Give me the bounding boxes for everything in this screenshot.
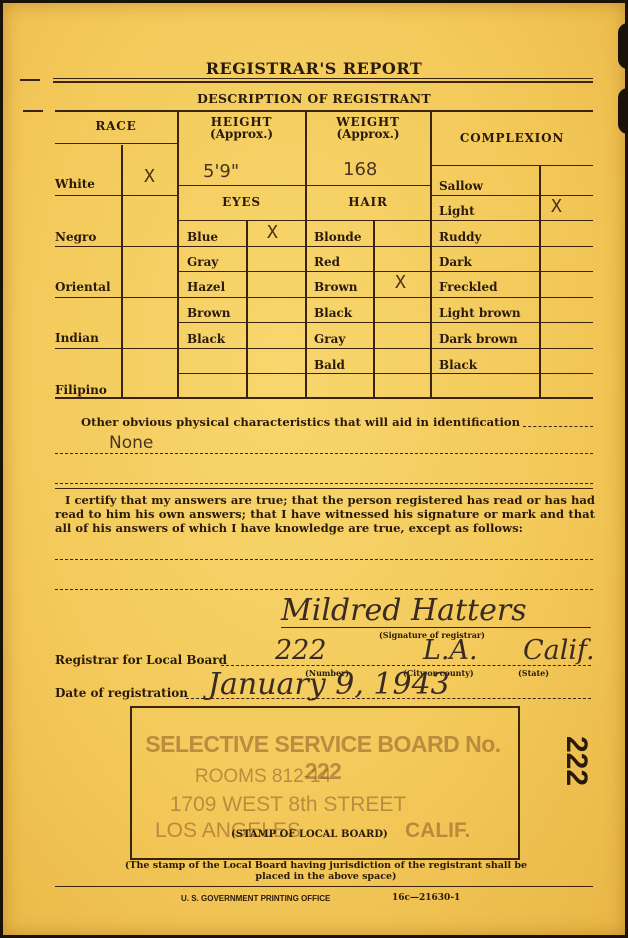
grid-line xyxy=(55,246,177,247)
grid-line xyxy=(121,145,123,398)
local-board-state: Calif. xyxy=(523,635,595,666)
hair-header: HAIR xyxy=(306,196,430,209)
race-header: RACE xyxy=(55,120,177,133)
grid-line xyxy=(431,348,593,349)
stamp-line-2: ROOMS 812-14 xyxy=(133,766,393,788)
side-board-number: 222 xyxy=(559,736,593,786)
grid-line xyxy=(431,165,593,166)
complexion-option-light-brown: Light brown xyxy=(439,306,521,320)
registrar-report-card: REGISTRAR'S REPORT DESCRIPTION OF REGIST… xyxy=(3,3,625,935)
grid-line xyxy=(539,165,541,398)
table-bottom-rule xyxy=(55,397,593,399)
grid-line xyxy=(431,195,593,196)
grid-line xyxy=(305,111,307,398)
complexion-option-dark-brown: Dark brown xyxy=(439,332,518,346)
title-rule xyxy=(53,81,593,83)
hair-option-brown: Brown xyxy=(314,280,358,294)
grid-line xyxy=(431,297,593,298)
grid-line xyxy=(431,220,593,221)
eyes-header: EYES xyxy=(178,196,305,209)
weight-subheader: (Approx.) xyxy=(306,128,430,141)
grid-line xyxy=(123,195,177,196)
hair-option-black: Black xyxy=(314,306,352,320)
section-rule xyxy=(55,488,593,489)
complexion-option-ruddy: Ruddy xyxy=(439,230,481,244)
stamp-caption: (STAMP OF LOCAL BOARD) xyxy=(231,829,388,840)
race-option-indian: Indian xyxy=(55,331,99,345)
race-option-oriental: Oriental xyxy=(55,280,111,294)
stamp-line-3: 1709 WEST 8th STREET xyxy=(133,793,443,817)
stamp-line-4-state: CALIF. xyxy=(405,819,470,843)
title-rule xyxy=(53,78,593,79)
document-subtitle: DESCRIPTION OF REGISTRANT xyxy=(3,91,625,106)
footer-rule xyxy=(55,886,593,887)
weight-value: 168 xyxy=(343,159,377,180)
local-board-number: 222 xyxy=(275,635,327,666)
grid-line xyxy=(246,221,248,398)
complexion-header: COMPLEXION xyxy=(431,132,593,145)
complexion-option-freckled: Freckled xyxy=(439,280,497,294)
other-characteristics-label: Other obvious physical characteristics t… xyxy=(81,415,520,429)
eyes-option-gray: Gray xyxy=(187,255,218,269)
height-value: 5'9" xyxy=(203,161,239,182)
grid-line xyxy=(177,111,179,398)
eyes-option-brown: Brown xyxy=(187,306,231,320)
registrar-signature: Mildred Hatters xyxy=(281,593,527,628)
dotted-line xyxy=(55,453,593,454)
dotted-line xyxy=(523,426,593,427)
registration-date-label: Date of registration xyxy=(55,686,188,700)
hair-mark: X xyxy=(395,272,406,293)
hair-option-gray: Gray xyxy=(314,332,345,346)
grid-line xyxy=(373,221,375,398)
dotted-line xyxy=(55,589,593,590)
hair-option-bald: Bald xyxy=(314,358,345,372)
grid-line xyxy=(431,271,593,272)
complexion-mark: X xyxy=(551,196,562,217)
grid-line xyxy=(178,322,430,323)
margin-dash xyxy=(23,110,43,112)
complexion-option-light: Light xyxy=(439,204,475,218)
printer-credit: U. S. GOVERNMENT PRINTING OFFICE xyxy=(181,894,330,903)
document-title: REGISTRAR'S REPORT xyxy=(3,59,625,78)
dotted-line xyxy=(55,483,593,484)
local-board-label: Registrar for Local Board xyxy=(55,653,227,667)
margin-dash xyxy=(20,79,40,81)
race-mark: X xyxy=(144,166,155,187)
race-option-negro: Negro xyxy=(55,230,96,244)
race-option-filipino: Filipino xyxy=(55,383,107,397)
grid-line xyxy=(178,348,430,349)
grid-line xyxy=(431,373,593,374)
complexion-option-black: Black xyxy=(439,358,477,372)
grid-line xyxy=(178,220,430,221)
eyes-option-blue: Blue xyxy=(187,230,218,244)
grid-line xyxy=(178,246,430,247)
certification-text: I certify that my answers are true; that… xyxy=(55,493,595,535)
local-board-city: L.A. xyxy=(423,635,478,666)
hair-option-blonde: Blonde xyxy=(314,230,361,244)
other-characteristics-value: None xyxy=(109,433,153,453)
complexion-option-dark: Dark xyxy=(439,255,472,269)
grid-line xyxy=(55,348,177,349)
grid-line xyxy=(178,185,430,186)
hair-option-red: Red xyxy=(314,255,340,269)
stamp-instruction-note: (The stamp of the Local Board having jur… xyxy=(121,860,531,882)
grid-line xyxy=(55,143,177,144)
eyes-option-hazel: Hazel xyxy=(187,280,225,294)
grid-line xyxy=(178,373,430,374)
eyes-option-black: Black xyxy=(187,332,225,346)
subtitle-rule xyxy=(55,110,593,112)
state-caption: (State) xyxy=(518,668,549,678)
grid-line xyxy=(430,111,432,398)
grid-line xyxy=(431,322,593,323)
registration-date-value: January 9, 1943 xyxy=(208,667,450,702)
grid-line xyxy=(55,195,121,196)
signature-line xyxy=(281,627,591,628)
dotted-line xyxy=(55,559,593,560)
grid-line xyxy=(178,297,430,298)
grid-line xyxy=(55,297,177,298)
grid-line xyxy=(431,246,593,247)
race-option-white: White xyxy=(55,177,95,191)
complexion-option-sallow: Sallow xyxy=(439,179,483,193)
form-code: 16c—21630-1 xyxy=(392,893,460,903)
eyes-mark: X xyxy=(267,222,278,243)
grid-line xyxy=(178,271,430,272)
height-subheader: (Approx.) xyxy=(178,128,305,141)
